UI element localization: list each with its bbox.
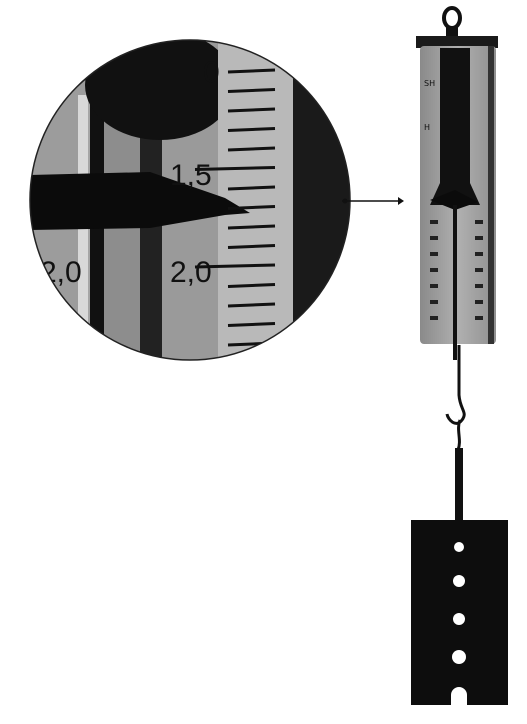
svg-text:H: H (424, 123, 430, 132)
figure-svg: 1,5 2,0 2,0 0 SH H (0, 0, 527, 724)
magnifier-detail: 1,5 2,0 2,0 0 (30, 30, 363, 365)
scale-label-1-5: 1,5 (170, 159, 212, 192)
scale-label-top: 0 (203, 56, 220, 89)
scale-label-left-2-0: 2,0 (40, 256, 82, 289)
spring-balance: SH H (416, 8, 498, 360)
scale-label-2-0: 2,0 (170, 256, 212, 289)
hook (447, 345, 464, 450)
svg-text:SH: SH (424, 79, 435, 88)
slotted-weight (411, 520, 508, 705)
figure: 1,5 2,0 2,0 0 SH H (0, 0, 527, 724)
